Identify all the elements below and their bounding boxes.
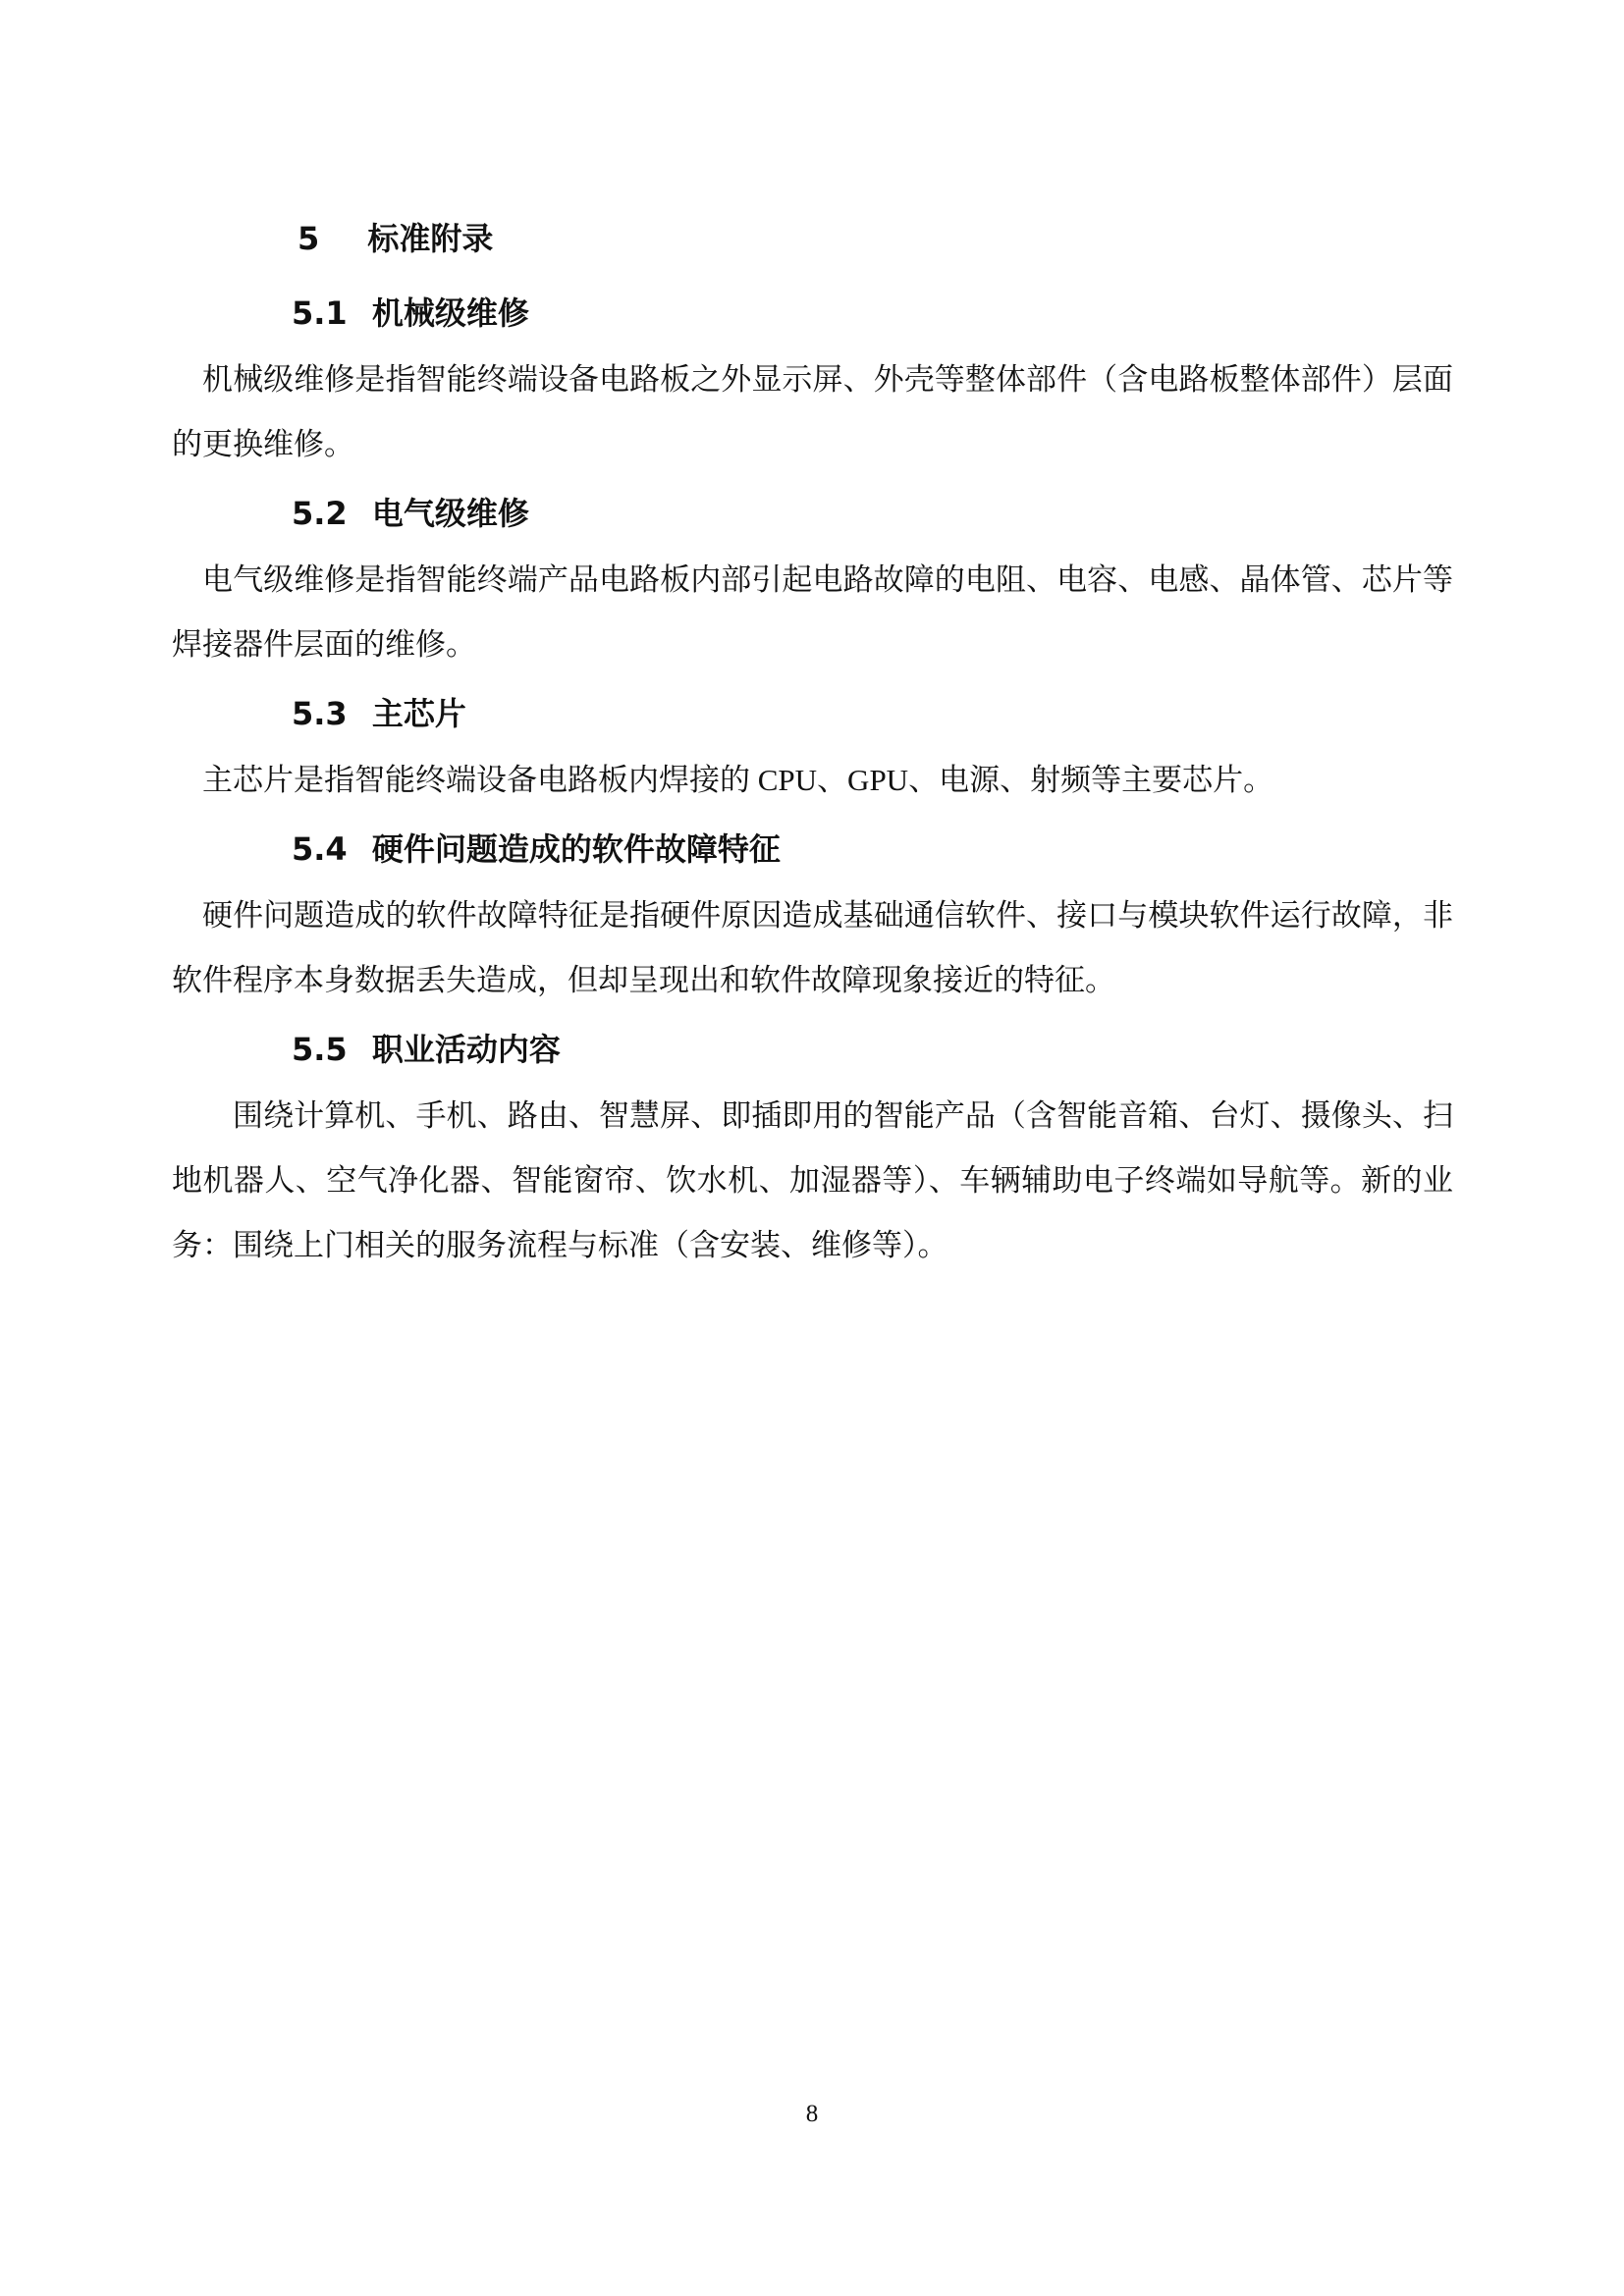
section-title: 职业活动内容 [372,1031,561,1068]
chapter-heading: 5 标准附录 [298,218,1453,259]
section-title: 主芯片 [372,695,466,732]
document-content: 5 标准附录 5.1 机械级维修 机械级维修是指智能终端设备电路板之外显示屏、外… [172,0,1453,1278]
section-number: 5.4 [292,830,348,868]
page-number: 8 [0,2101,1624,2128]
section-number: 5.5 [292,1031,348,1068]
section-title: 硬件问题造成的软件故障特征 [372,830,781,868]
section-paragraph: 主芯片是指智能终端设备电路板内焊接的 CPU、GPU、电源、射频等主要芯片。 [172,748,1453,813]
chapter-number: 5 [298,220,319,257]
section-number: 5.2 [292,495,348,532]
chapter-title: 标准附录 [367,220,493,257]
section-heading-5-4: 5.4 硬件问题造成的软件故障特征 [292,828,1453,870]
section-paragraph: 电气级维修是指智能终端产品电路板内部引起电路故障的电阻、电容、电感、晶体管、芯片… [172,548,1453,677]
section-title: 机械级维修 [372,294,529,332]
section-paragraph: 硬件问题造成的软件故障特征是指硬件原因造成基础通信软件、接口与模块软件运行故障，… [172,883,1453,1013]
document-page: 5 标准附录 5.1 机械级维修 机械级维修是指智能终端设备电路板之外显示屏、外… [0,0,1624,2296]
section-number: 5.1 [292,294,348,332]
section-paragraph: 围绕计算机、手机、路由、智慧屏、即插即用的智能产品（含智能音箱、台灯、摄像头、扫… [172,1084,1453,1278]
section-heading-5-1: 5.1 机械级维修 [292,293,1453,334]
section-title: 电气级维修 [372,495,529,532]
section-number: 5.3 [292,695,348,732]
section-heading-5-5: 5.5 职业活动内容 [292,1029,1453,1070]
section-heading-5-2: 5.2 电气级维修 [292,493,1453,534]
section-heading-5-3: 5.3 主芯片 [292,693,1453,734]
section-paragraph: 机械级维修是指智能终端设备电路板之外显示屏、外壳等整体部件（含电路板整体部件）层… [172,347,1453,477]
